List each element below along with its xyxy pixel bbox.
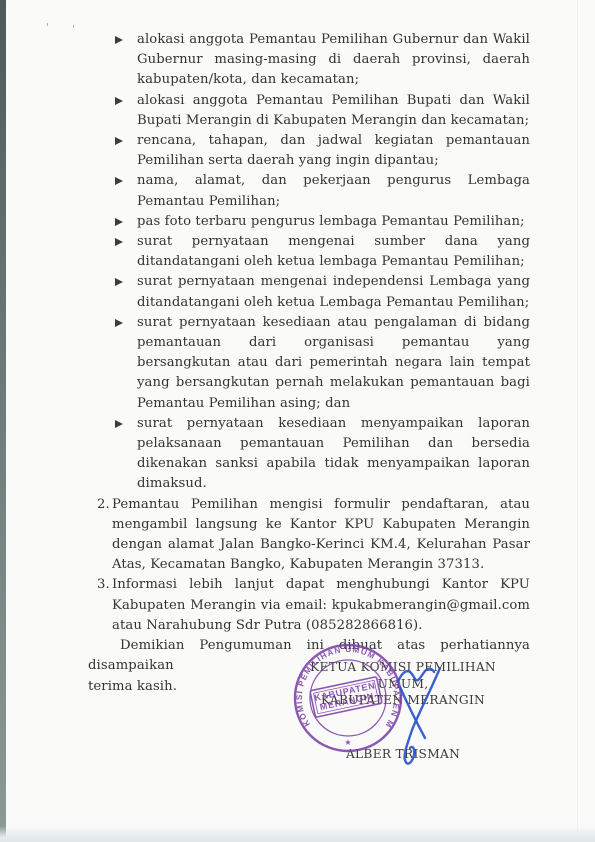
bullet-arrow-icon (115, 137, 123, 145)
bullet-arrow-icon (115, 218, 123, 226)
document-page: ' ' alokasi anggota Pemantau Pemilihan G… (0, 0, 595, 842)
bullet-text: alokasi anggota Pemantau Pemilihan Guber… (137, 32, 530, 87)
item-text: Informasi lebih lanjut dapat menghubungi… (112, 577, 530, 632)
list-item: alokasi anggota Pemantau Pemilihan Bupat… (137, 91, 530, 131)
bullet-text: nama, alamat, dan pekerjaan pengurus Lem… (137, 173, 530, 208)
bullet-text: surat pernyataan kesediaan atau pengalam… (137, 315, 530, 411)
scan-artifact: ' (72, 24, 75, 35)
scan-seam-right (577, 0, 578, 842)
bullet-arrow-icon (115, 420, 123, 428)
bullet-text: surat pernyataan mengenai sumber dana ya… (137, 234, 530, 269)
list-item: 3.Informasi lebih lanjut dapat menghubun… (112, 575, 530, 636)
requirements-bullet-list: alokasi anggota Pemantau Pemilihan Guber… (137, 30, 530, 495)
list-item: 2.Pemantau Pemilihan mengisi formulir pe… (112, 495, 530, 576)
list-item: surat pernyataan mengenai independensi L… (137, 272, 530, 312)
bullet-arrow-icon (115, 177, 123, 185)
list-item: rencana, tahapan, dan jadwal kegiatan pe… (137, 131, 530, 171)
bullet-arrow-icon (115, 238, 123, 246)
bullet-arrow-icon (115, 319, 123, 327)
scan-artifact: ' (46, 22, 49, 33)
bullet-text: surat pernyataan kesediaan menyampaikan … (137, 416, 530, 492)
list-item: surat pernyataan mengenai sumber dana ya… (137, 232, 530, 272)
list-item: nama, alamat, dan pekerjaan pengurus Lem… (137, 171, 530, 211)
bullet-text: pas foto terbaru pengurus lembaga Pemant… (137, 214, 525, 229)
list-item: pas foto terbaru pengurus lembaga Pemant… (137, 212, 530, 232)
item-number: 2. (97, 495, 110, 515)
list-item: surat pernyataan kesediaan menyampaikan … (137, 414, 530, 495)
bullet-arrow-icon (115, 36, 123, 44)
scan-edge-bottom (0, 826, 595, 842)
document-body: alokasi anggota Pemantau Pemilihan Guber… (88, 30, 530, 697)
bullet-arrow-icon (115, 278, 123, 286)
bullet-text: rencana, tahapan, dan jadwal kegiatan pe… (137, 133, 530, 168)
stamp-star-icon: ★ (344, 738, 351, 747)
bullet-text: alokasi anggota Pemantau Pemilihan Bupat… (137, 93, 530, 128)
numbered-list: 2.Pemantau Pemilihan mengisi formulir pe… (112, 495, 530, 636)
bullet-arrow-icon (115, 97, 123, 105)
bullet-text: surat pernyataan mengenai independensi L… (137, 274, 530, 309)
item-text: Pemantau Pemilihan mengisi formulir pend… (112, 497, 530, 573)
list-item: surat pernyataan kesediaan atau pengalam… (137, 313, 530, 414)
list-item: alokasi anggota Pemantau Pemilihan Guber… (137, 30, 530, 91)
scan-edge-left (0, 0, 6, 842)
item-number: 3. (97, 575, 110, 595)
handwritten-signature (388, 660, 458, 775)
